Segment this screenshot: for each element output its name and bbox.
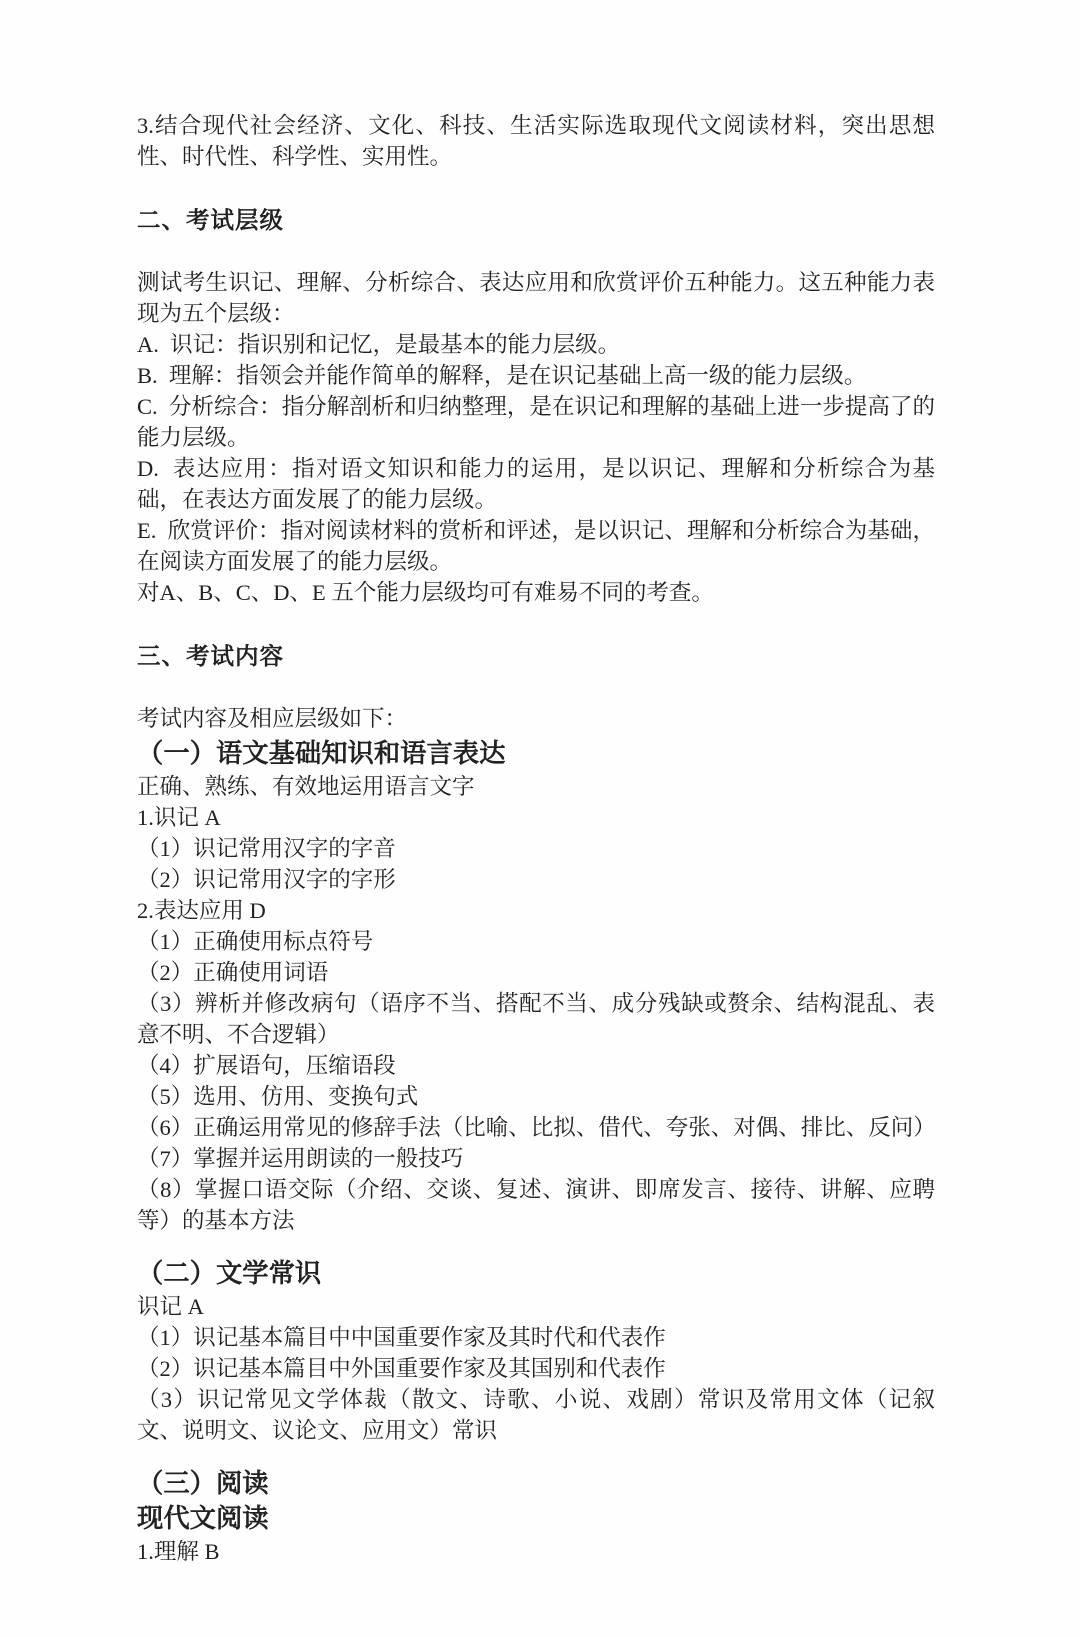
item-2-8-oral-communication: （8）掌握口语交际（介绍、交谈、复述、演讲、即席发言、接待、讲解、应聘等）的基本…	[137, 1174, 935, 1236]
list-item-level-b: B. 理解：指领会并能作简单的解释，是在识记基础上高一级的能力层级。	[137, 360, 935, 391]
item-2-2-words: （2）正确使用词语	[137, 957, 935, 988]
paragraph-principle-3: 3.结合现代社会经济、文化、科技、生活实际选取现代文阅读材料，突出思想性、时代性…	[137, 110, 935, 172]
item-2-7-reading-aloud: （7）掌握并运用朗读的一般技巧	[137, 1143, 935, 1174]
paragraph-language-goal: 正确、熟练、有效地运用语言文字	[137, 771, 935, 802]
item-2-4-expand-compress: （4）扩展语句，压缩语段	[137, 1050, 935, 1081]
subheading-part-3-reading: （三）阅读	[137, 1468, 935, 1499]
item-lit-2-foreign-writers: （2）识记基本篇目中外国重要作家及其国别和代表作	[137, 1353, 935, 1384]
item-1-2-zixing: （2）识记常用汉字的字形	[137, 864, 935, 895]
subheading-modern-text-reading: 现代文阅读	[137, 1503, 935, 1534]
list-item-level-d: D. 表达应用：指对语文知识和能力的运用，是以识记、理解和分析综合为基础，在表达…	[137, 453, 935, 515]
list-item-level-e: E. 欣赏评价：指对阅读材料的赏析和评述，是以识记、理解和分析综合为基础，在阅读…	[137, 515, 935, 577]
item-2-5-sentence-patterns: （5）选用、仿用、变换句式	[137, 1081, 935, 1112]
subheading-part-1-language-basics: （一）语文基础知识和语言表达	[137, 738, 935, 769]
paragraph-levels-note: 对A、B、C、D、E 五个能力层级均可有难易不同的考查。	[137, 577, 935, 608]
item-2-1-punctuation: （1）正确使用标点符号	[137, 926, 935, 957]
item-2-3-sick-sentences: （3）辨析并修改病句（语序不当、搭配不当、成分残缺或赘余、结构混乱、表意不明、不…	[137, 988, 935, 1050]
heading-section-3-exam-content: 三、考试内容	[137, 642, 935, 673]
item-1-shiji-a: 1.识记 A	[137, 802, 935, 833]
item-2-6-rhetoric: （6）正确运用常见的修辞手法（比喻、比拟、借代、夸张、对偶、排比、反问）	[137, 1112, 935, 1143]
list-item-level-c: C. 分析综合：指分解剖析和归纳整理，是在识记和理解的基础上进一步提高了的能力层…	[137, 391, 935, 453]
paragraph-levels-intro: 测试考生识记、理解、分析综合、表达应用和欣赏评价五种能力。这五种能力表现为五个层…	[137, 267, 935, 329]
item-lit-1-chinese-writers: （1）识记基本篇目中中国重要作家及其时代和代表作	[137, 1322, 935, 1353]
item-lit-shiji-a: 识记 A	[137, 1291, 935, 1322]
item-lit-3-genres: （3）识记常见文学体裁（散文、诗歌、小说、戏剧）常识及常用文体（记叙文、说明文、…	[137, 1384, 935, 1446]
paragraph-content-intro: 考试内容及相应层级如下：	[137, 703, 935, 734]
item-reading-lijie-b: 1.理解 B	[137, 1536, 935, 1567]
item-1-1-ziyin: （1）识记常用汉字的字音	[137, 833, 935, 864]
list-item-level-a: A. 识记：指识别和记忆，是最基本的能力层级。	[137, 329, 935, 360]
heading-section-2-exam-levels: 二、考试层级	[137, 206, 935, 237]
subheading-part-2-literary-knowledge: （二）文学常识	[137, 1258, 935, 1289]
item-2-biaoda-d: 2.表达应用 D	[137, 895, 935, 926]
document-page: 3.结合现代社会经济、文化、科技、生活实际选取现代文阅读材料，突出思想性、时代性…	[0, 0, 1080, 1637]
